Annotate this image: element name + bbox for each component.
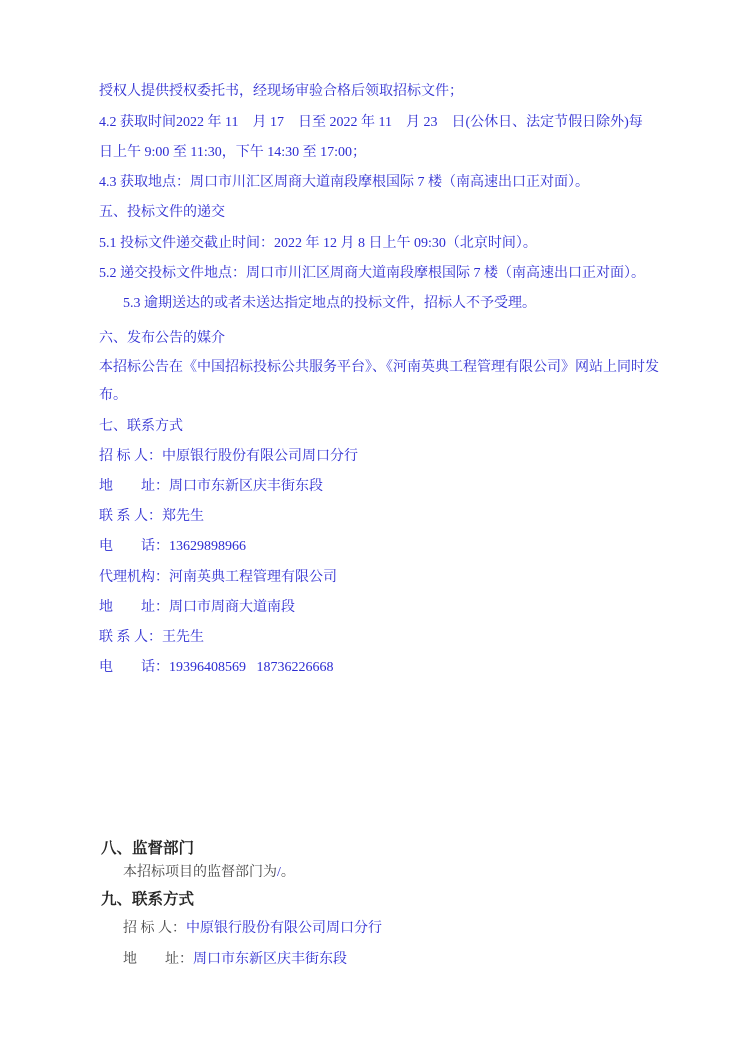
text-segment: 联 系 人：郑先生 <box>99 509 204 524</box>
text-segment: 七、联系方式 <box>99 419 183 434</box>
clause-8-supervisor: 本招标项目的监督部门为/。 <box>123 866 295 881</box>
section-9-heading: 九、联系方式 <box>101 892 194 908</box>
clause-5-3-late-delivery: 5.3 逾期送达的或者未送达指定地点的投标文件，招标人不予受理。 <box>123 297 536 312</box>
text-segment: 电 话：19396408569 18736226668 <box>99 660 334 675</box>
text-segment: 。 <box>281 865 295 880</box>
tenderer-phone-line: 电 话：13629898966 <box>99 540 246 555</box>
text-segment: 招 标 人： <box>123 921 186 936</box>
text-segment: 布。 <box>99 388 127 403</box>
section-7-heading: 七、联系方式 <box>99 420 183 435</box>
text-segment: 地 址： <box>123 952 193 967</box>
agency-address-line: 地 址：周口市周商大道南段 <box>99 601 295 616</box>
text-segment: 代理机构：河南英典工程管理有限公司 <box>99 570 337 585</box>
clause-4-3-acquire-place: 4.3 获取地点：周口市川汇区周商大道南段摩根国际 7 楼（南高速出口正对面）。 <box>99 176 589 191</box>
text-segment: 4.2 获取时间2022 年 11 月 17 日至 2022 年 11 月 23… <box>99 115 643 130</box>
tenderer-address-line: 地 址：周口市东新区庆丰街东段 <box>99 480 323 495</box>
text-segment: 五、投标文件的递交 <box>99 205 225 220</box>
tenderer-name-line: 招 标 人：中原银行股份有限公司周口分行 <box>99 450 358 465</box>
tenderer-name-line-2: 招 标 人：中原银行股份有限公司周口分行 <box>123 922 382 937</box>
section-8-heading: 八、监督部门 <box>101 841 194 857</box>
agency-name-line: 代理机构：河南英典工程管理有限公司 <box>99 571 337 586</box>
text-segment: 授权人提供授权委托书，经现场审验合格后领取招标文件； <box>99 84 463 99</box>
tenderer-contact-line: 联 系 人：郑先生 <box>99 510 204 525</box>
text-segment: 5.2 递交投标文件地点：周口市川汇区周商大道南段摩根国际 7 楼（南高速出口正… <box>99 266 645 281</box>
text-segment: 八、监督部门 <box>101 840 194 857</box>
clause-6-media: 本招标公告在《中国招标投标公共服务平台》、《河南英典工程管理有限公司》网站上同时… <box>99 361 659 376</box>
agency-contact-line: 联 系 人：王先生 <box>99 631 204 646</box>
section-6-heading: 六、发布公告的媒介 <box>99 332 225 347</box>
clause-4-1-continuation: 授权人提供授权委托书，经现场审验合格后领取招标文件； <box>99 85 463 100</box>
tenderer-address-line-2: 地 址：周口市东新区庆丰街东段 <box>123 953 347 968</box>
text-segment: 联 系 人：王先生 <box>99 630 204 645</box>
text-segment: 周口市东新区庆丰街东段 <box>193 952 347 967</box>
text-segment: 六、发布公告的媒介 <box>99 331 225 346</box>
text-segment: 4.3 获取地点：周口市川汇区周商大道南段摩根国际 7 楼（南高速出口正对面）。 <box>99 175 589 190</box>
text-segment: 5.1 投标文件递交截止时间：2022 年 12 月 8 日上午 09:30（北… <box>99 236 537 251</box>
clause-5-1-deadline: 5.1 投标文件递交截止时间：2022 年 12 月 8 日上午 09:30（北… <box>99 237 537 252</box>
text-segment: 本招标公告在《中国招标投标公共服务平台》、《河南英典工程管理有限公司》网站上同时… <box>99 360 659 375</box>
clause-4-2-acquire-time-wrap: 日上午 9:00 至 11:30，下午 14:30 至 17:00； <box>99 146 366 161</box>
clause-5-2-submit-place: 5.2 递交投标文件地点：周口市川汇区周商大道南段摩根国际 7 楼（南高速出口正… <box>99 267 645 282</box>
text-segment: 九、联系方式 <box>101 891 194 908</box>
text-segment: 招 标 人：中原银行股份有限公司周口分行 <box>99 449 358 464</box>
clause-6-media-wrap: 布。 <box>99 389 127 404</box>
text-segment: 地 址：周口市周商大道南段 <box>99 600 295 615</box>
text-segment: 本招标项目的监督部门为 <box>123 865 277 880</box>
text-segment: 地 址：周口市东新区庆丰街东段 <box>99 479 323 494</box>
agency-phone-line: 电 话：19396408569 18736226668 <box>99 661 334 676</box>
section-5-heading: 五、投标文件的递交 <box>99 206 225 221</box>
text-segment: 日上午 9:00 至 11:30，下午 14:30 至 17:00； <box>99 145 366 160</box>
text-segment: 电 话：13629898966 <box>99 539 246 554</box>
text-segment: 5.3 逾期送达的或者未送达指定地点的投标文件，招标人不予受理。 <box>123 296 536 311</box>
text-segment: 中原银行股份有限公司周口分行 <box>186 921 382 936</box>
document-page: 授权人提供授权委托书，经现场审验合格后领取招标文件；4.2 获取时间2022 年… <box>0 0 729 1059</box>
clause-4-2-acquire-time: 4.2 获取时间2022 年 11 月 17 日至 2022 年 11 月 23… <box>99 116 643 131</box>
